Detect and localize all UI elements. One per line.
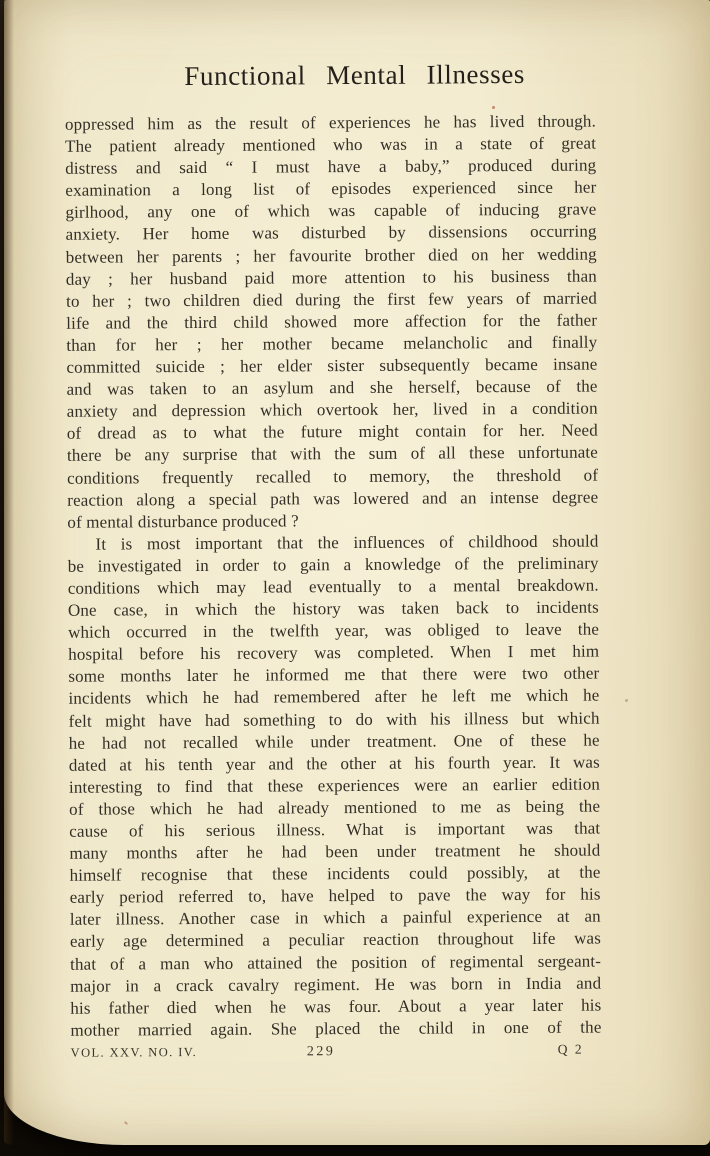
text-line: dated at his tenth year and the other at… <box>69 751 600 776</box>
page-content: Functional Mental Illnesses oppressed hi… <box>1 0 710 1147</box>
text-line: day ; her husband paid more attention to… <box>66 265 597 290</box>
text-line: felt might have had something to do with… <box>69 707 600 732</box>
text-line: One case, in which the history was taken… <box>68 597 599 622</box>
text-line: oppressed him as the result of experienc… <box>65 111 596 136</box>
text-line: conditions which may lead eventually to … <box>68 574 599 599</box>
text-line: between her parents ; her favourite brot… <box>66 243 597 268</box>
text-line: than for her ; her mother became melanch… <box>66 331 597 356</box>
text-line: and was taken to an asylum and she herse… <box>67 376 598 401</box>
text-line: The patient already mentioned who was in… <box>65 133 596 158</box>
text-line: examination a long list of episodes expe… <box>65 177 596 202</box>
paragraph: oppressed him as the result of experienc… <box>65 111 599 534</box>
footer-signature-mark: Q 2 <box>341 1041 601 1059</box>
text-line: reaction along a special path was lowere… <box>67 486 598 511</box>
text-line: major in a crack cavalry regiment. He wa… <box>70 972 601 997</box>
text-line: life and the third child showed more aff… <box>66 309 597 334</box>
text-line: to her ; two children died during the fi… <box>66 287 597 312</box>
text-line: later illness. Another case in which a p… <box>70 906 601 931</box>
text-line: be investigated in order to gain a knowl… <box>68 552 599 577</box>
text-line: conditions frequently recalled to memory… <box>67 464 598 489</box>
text-line: which occurred in the twelfth year, was … <box>68 619 599 644</box>
text-line: of dread as to what the future might con… <box>67 420 598 445</box>
text-line: committed suicide ; her elder sister sub… <box>66 354 597 379</box>
text-line: hospital before his recovery was complet… <box>68 641 599 666</box>
text-block: oppressed him as the result of experienc… <box>2 110 710 1042</box>
text-line: early period referred to, have helped to… <box>70 884 601 909</box>
book-page: Functional Mental Illnesses oppressed hi… <box>4 0 710 1145</box>
text-line: girlhood, any one of which was capable o… <box>65 199 596 224</box>
text-line: cause of his serious illness. What is im… <box>69 818 600 843</box>
text-line: some months later he informed me that th… <box>68 663 599 688</box>
paragraph: It is most important that the influences… <box>67 530 601 1041</box>
text-line: many months after he had been under trea… <box>69 840 600 865</box>
page-title: Functional Mental Illnesses <box>1 0 708 93</box>
text-line: himself recognise that these incidents c… <box>69 862 600 887</box>
text-line: he had not recalled while under treatmen… <box>69 729 600 754</box>
text-line: his father died when he was four. About … <box>70 994 601 1019</box>
text-line: distress and said “ I must have a baby,”… <box>65 155 596 180</box>
text-line: It is most important that the influences… <box>67 530 598 555</box>
footer-page-number: 229 <box>307 1044 336 1060</box>
text-line: anxiety and depression which overtook he… <box>67 398 598 423</box>
text-line: there be any surprise that with the sum … <box>67 442 598 467</box>
text-line: early age determined a peculiar reaction… <box>70 928 601 953</box>
text-line: anxiety. Her home was disturbed by disse… <box>66 221 597 246</box>
page-footer: VOL. XXV. NO. IV. 229 Q 2 <box>8 1041 710 1062</box>
text-line: that of a man who attained the position … <box>70 950 601 975</box>
footer-volume-label: VOL. XXV. NO. IV. <box>71 1044 313 1060</box>
text-line: incidents which he had remembered after … <box>68 685 599 710</box>
text-line: interesting to find that these experienc… <box>69 773 600 798</box>
text-line: of those which he had already mentioned … <box>69 795 600 820</box>
text-line: mother married again. She placed the chi… <box>70 1016 601 1041</box>
text-line: of mental disturbance produced ? <box>67 508 598 533</box>
